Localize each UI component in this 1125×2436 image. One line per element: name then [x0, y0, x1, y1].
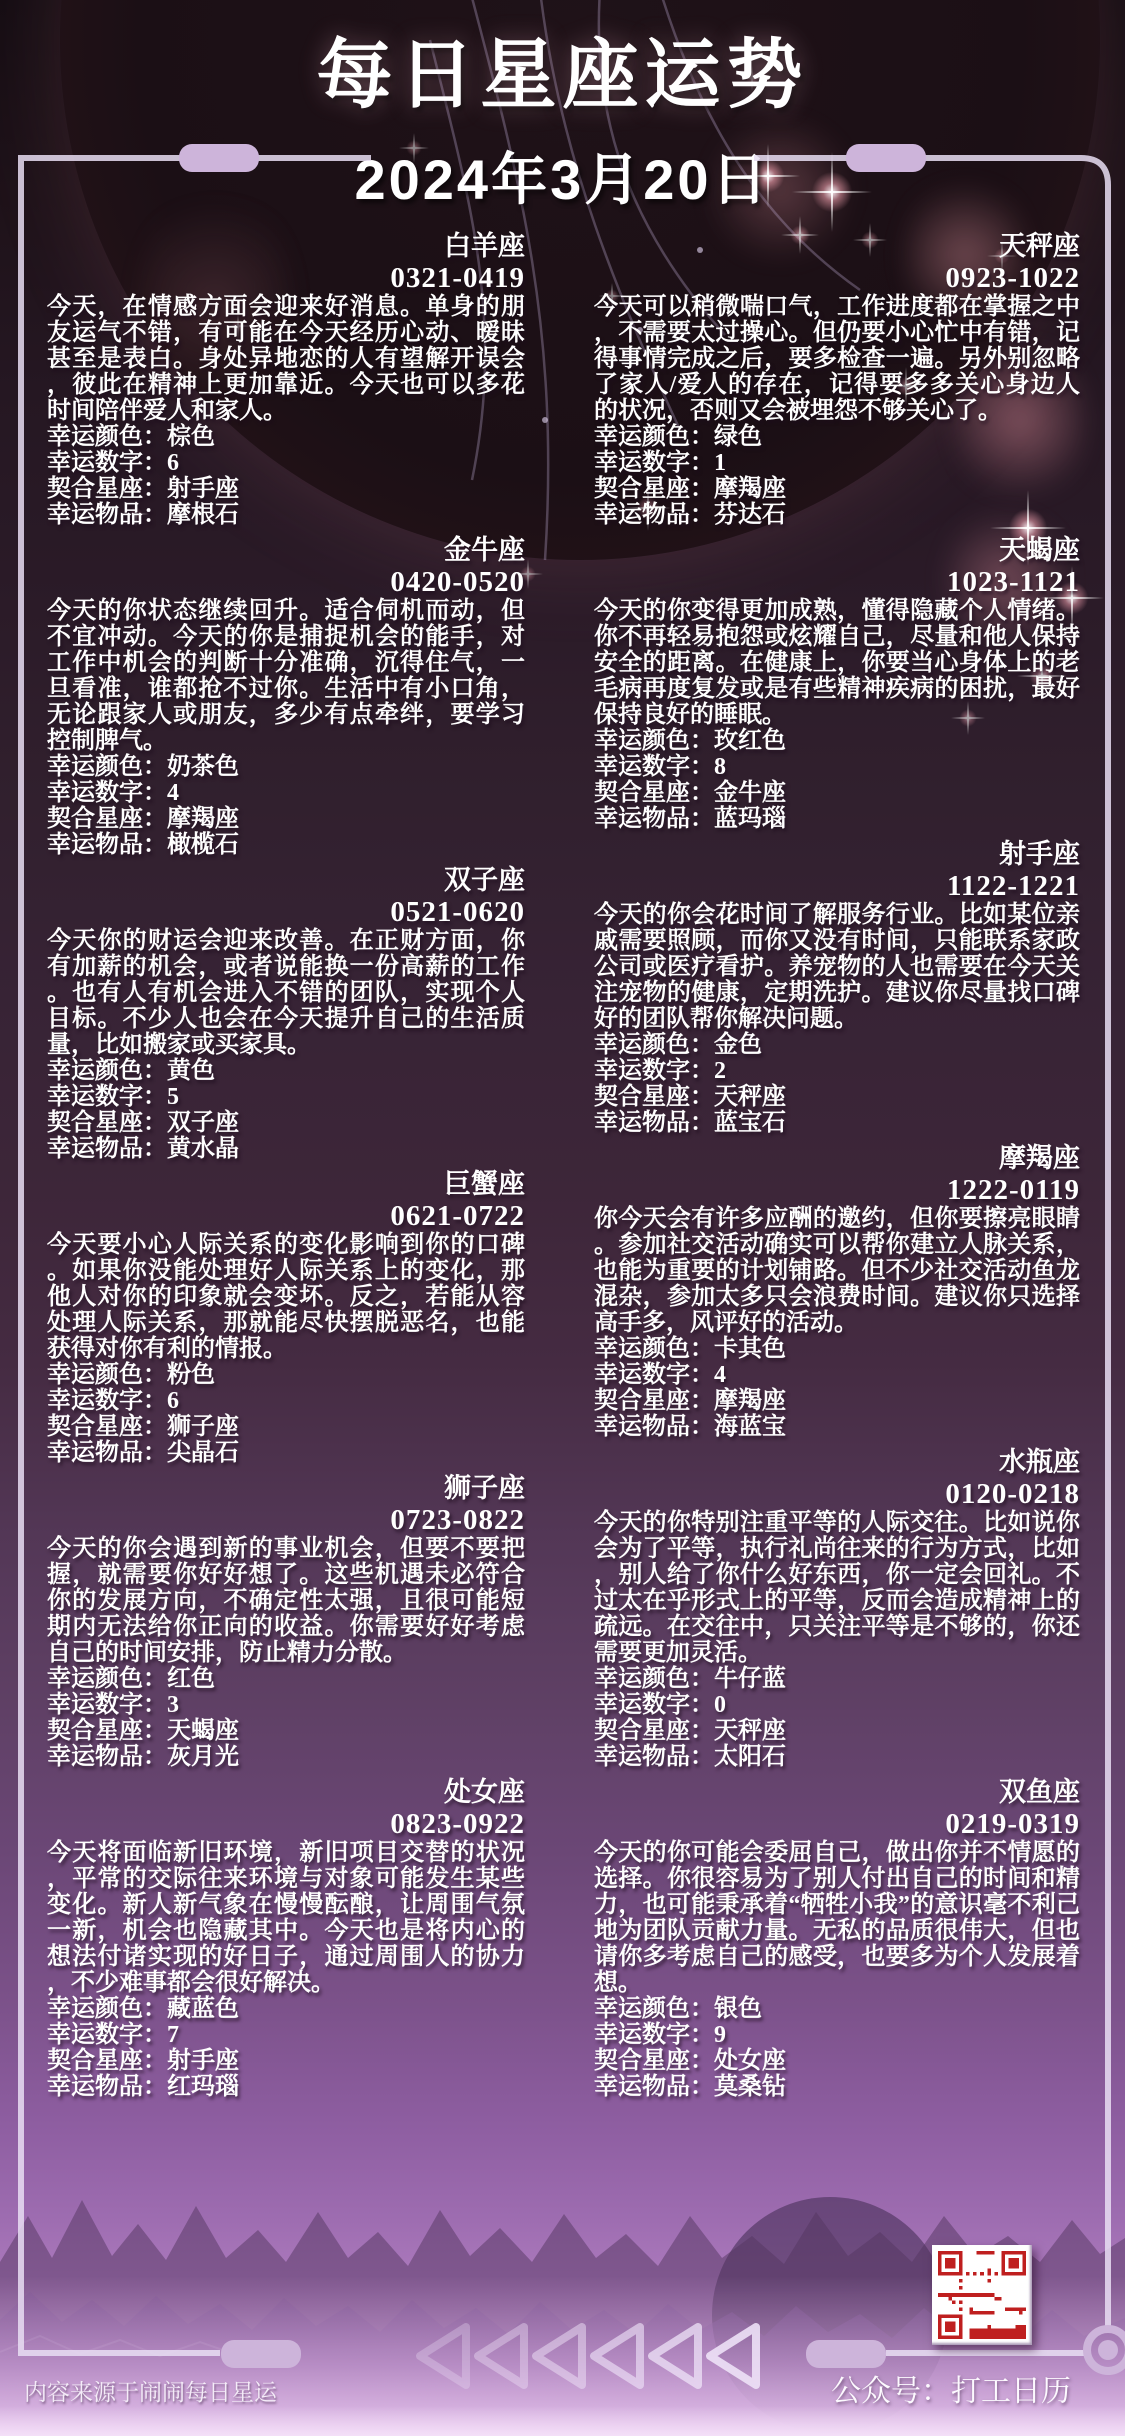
matching-sign-value: 天秤座 — [714, 1084, 786, 1110]
colon: ： — [690, 424, 714, 450]
lucky-number-label: 幸运数字 — [594, 754, 690, 780]
lucky-item-value: 尖晶石 — [167, 1440, 239, 1466]
colon: ： — [690, 450, 714, 476]
matching-sign-row: 契合星座：天秤座 — [594, 1084, 1080, 1110]
lucky-color-value: 红色 — [167, 1666, 215, 1692]
matching-sign-label: 契合星座 — [594, 1388, 690, 1414]
matching-sign-value: 金牛座 — [714, 780, 786, 806]
matching-sign-value: 摩羯座 — [714, 1388, 786, 1414]
colon: ： — [143, 1110, 167, 1136]
colon: ： — [690, 1388, 714, 1414]
lucky-number-value: 2 — [714, 1058, 726, 1084]
footer-account: 公众号：打工日历 — [831, 2366, 1071, 2410]
lucky-item-value: 蓝宝石 — [714, 1110, 786, 1136]
lucky-number-value: 9 — [714, 2022, 726, 2048]
colon: ： — [143, 780, 167, 806]
sign-name: 水瓶座 — [594, 1446, 1080, 1479]
sign-name: 双子座 — [47, 864, 525, 897]
lucky-number-value: 5 — [167, 1084, 179, 1110]
colon: ： — [143, 450, 167, 476]
lucky-item-row: 幸运物品：蓝玛瑙 — [594, 806, 1080, 832]
lucky-number-value: 4 — [167, 780, 179, 806]
lucky-color-row: 幸运颜色：牛仔蓝 — [594, 1666, 1080, 1692]
matching-sign-value: 狮子座 — [167, 1414, 239, 1440]
sign-fortune-text: 今天将面临新旧环境，新旧项目交替的状况，平常的交际往来环境与对象可能发生某些变化… — [47, 1840, 525, 1996]
lucky-number-row: 幸运数字：6 — [47, 450, 525, 476]
sign-date-range: 0321-0419 — [47, 263, 525, 293]
lucky-number-value: 6 — [167, 1388, 179, 1414]
lucky-color-row: 幸运颜色：金色 — [594, 1032, 1080, 1058]
zodiac-section: 处女座0823-0922今天将面临新旧环境，新旧项目交替的状况，平常的交际往来环… — [47, 1776, 525, 2100]
lucky-number-row: 幸运数字：4 — [47, 780, 525, 806]
colon: ： — [143, 1058, 167, 1084]
lucky-number-label: 幸运数字 — [47, 1388, 143, 1414]
lucky-item-label: 幸运物品 — [594, 2074, 690, 2100]
colon: ： — [143, 2022, 167, 2048]
lucky-number-value: 3 — [167, 1692, 179, 1718]
lucky-color-row: 幸运颜色：绿色 — [594, 424, 1080, 450]
lucky-item-value: 灰月光 — [167, 1744, 239, 1770]
qr-pattern — [938, 2251, 1026, 2339]
date-heading: 2024年3月20日 — [0, 136, 1125, 216]
lucky-color-row: 幸运颜色：银色 — [594, 1996, 1080, 2022]
colon: ： — [143, 2074, 167, 2100]
sign-fortune-text: 今天的你特别注重平等的人际交往。比如说你会为了平等，执行礼尚往来的行为方式，比如… — [594, 1510, 1080, 1666]
lucky-number-label: 幸运数字 — [47, 450, 143, 476]
lucky-number-row: 幸运数字：0 — [594, 1692, 1080, 1718]
matching-sign-value: 天蝎座 — [167, 1718, 239, 1744]
colon: ： — [690, 754, 714, 780]
lucky-number-label: 幸运数字 — [47, 1692, 143, 1718]
lucky-color-label: 幸运颜色 — [47, 754, 143, 780]
lucky-item-label: 幸运物品 — [47, 2074, 143, 2100]
sign-name: 白羊座 — [47, 230, 525, 263]
sign-fortune-text: 今天你的财运会迎来改善。在正财方面，你有加薪的机会，或者说能换一份高薪的工作。也… — [47, 928, 525, 1058]
lucky-number-row: 幸运数字：3 — [47, 1692, 525, 1718]
zodiac-section: 摩羯座1222-0119你今天会有许多应酬的邀约，但你要擦亮眼睛。参加社交活动确… — [594, 1142, 1080, 1440]
lucky-color-label: 幸运颜色 — [47, 1996, 143, 2022]
colon: ： — [143, 832, 167, 858]
lucky-color-label: 幸运颜色 — [594, 1666, 690, 1692]
lucky-number-row: 幸运数字：1 — [594, 450, 1080, 476]
lucky-color-row: 幸运颜色：红色 — [47, 1666, 525, 1692]
colon: ： — [143, 476, 167, 502]
sign-fortune-text: 今天可以稍微喘口气，工作进度都在掌握之中，不需要太过操心。但仍要小心忙中有错，记… — [594, 294, 1080, 424]
lucky-color-row: 幸运颜色：藏蓝色 — [47, 1996, 525, 2022]
lucky-item-value: 海蓝宝 — [714, 1414, 786, 1440]
lucky-item-label: 幸运物品 — [594, 806, 690, 832]
lucky-item-value: 黄水晶 — [167, 1136, 239, 1162]
lucky-color-value: 绿色 — [714, 424, 762, 450]
colon: ： — [690, 1336, 714, 1362]
matching-sign-value: 处女座 — [714, 2048, 786, 2074]
sign-date-range: 1023-1121 — [594, 567, 1080, 597]
lucky-color-value: 奶茶色 — [167, 754, 239, 780]
lucky-item-row: 幸运物品：摩根石 — [47, 502, 525, 528]
lucky-color-label: 幸运颜色 — [594, 1996, 690, 2022]
lucky-item-row: 幸运物品：海蓝宝 — [594, 1414, 1080, 1440]
lucky-color-value: 粉色 — [167, 1362, 215, 1388]
colon: ： — [690, 1692, 714, 1718]
lucky-number-row: 幸运数字：6 — [47, 1388, 525, 1414]
lucky-item-label: 幸运物品 — [594, 1744, 690, 1770]
colon: ： — [143, 1718, 167, 1744]
matching-sign-row: 契合星座：狮子座 — [47, 1414, 525, 1440]
sign-fortune-text: 今天的你变得更加成熟，懂得隐藏个人情绪。你不再轻易抱怨或炫耀自己，尽量和他人保持… — [594, 598, 1080, 728]
matching-sign-label: 契合星座 — [594, 1084, 690, 1110]
zodiac-columns: 白羊座0321-0419今天，在情感方面会迎来好消息。单身的朋友运气不错，有可能… — [47, 230, 1080, 2106]
lucky-color-row: 幸运颜色：粉色 — [47, 1362, 525, 1388]
lucky-item-row: 幸运物品：橄榄石 — [47, 832, 525, 858]
matching-sign-value: 双子座 — [167, 1110, 239, 1136]
lucky-color-label: 幸运颜色 — [594, 1032, 690, 1058]
colon: ： — [690, 1084, 714, 1110]
colon: ： — [690, 780, 714, 806]
lucky-number-row: 幸运数字：9 — [594, 2022, 1080, 2048]
lucky-item-row: 幸运物品：黄水晶 — [47, 1136, 525, 1162]
lucky-item-row: 幸运物品：灰月光 — [47, 1744, 525, 1770]
lucky-item-value: 莫桑钻 — [714, 2074, 786, 2100]
lucky-color-row: 幸运颜色：玫红色 — [594, 728, 1080, 754]
sign-date-range: 0420-0520 — [47, 567, 525, 597]
matching-sign-label: 契合星座 — [47, 476, 143, 502]
sign-name: 射手座 — [594, 838, 1080, 871]
matching-sign-row: 契合星座：摩羯座 — [47, 806, 525, 832]
colon: ： — [690, 1110, 714, 1136]
lucky-number-label: 幸运数字 — [47, 2022, 143, 2048]
sign-date-range: 0823-0922 — [47, 1809, 525, 1839]
colon: ： — [690, 806, 714, 832]
page-title: 每日星座运势 — [0, 14, 1125, 123]
lucky-item-value: 蓝玛瑙 — [714, 806, 786, 832]
matching-sign-row: 契合星座：射手座 — [47, 2048, 525, 2074]
lucky-color-label: 幸运颜色 — [594, 728, 690, 754]
lucky-color-label: 幸运颜色 — [47, 1058, 143, 1084]
matching-sign-label: 契合星座 — [47, 1414, 143, 1440]
matching-sign-row: 契合星座：金牛座 — [594, 780, 1080, 806]
colon: ： — [143, 1388, 167, 1414]
matching-sign-value: 天秤座 — [714, 1718, 786, 1744]
lucky-number-value: 0 — [714, 1692, 726, 1718]
lucky-color-row: 幸运颜色：棕色 — [47, 424, 525, 450]
colon: ： — [690, 1362, 714, 1388]
sign-fortune-text: 今天的你会遇到新的事业机会，但要不要把握，就需要你好好想了。这些机遇未必符合你的… — [47, 1536, 525, 1666]
lucky-number-row: 幸运数字：7 — [47, 2022, 525, 2048]
lucky-number-label: 幸运数字 — [47, 780, 143, 806]
colon: ： — [690, 1032, 714, 1058]
colon: ： — [143, 1692, 167, 1718]
lucky-item-label: 幸运物品 — [594, 502, 690, 528]
lucky-item-row: 幸运物品：芬达石 — [594, 502, 1080, 528]
sign-name: 处女座 — [47, 1776, 525, 1809]
lucky-color-value: 玫红色 — [714, 728, 786, 754]
zodiac-section: 巨蟹座0621-0722今天要小心人际关系的变化影响到你的口碑。如果你没能处理好… — [47, 1168, 525, 1466]
matching-sign-label: 契合星座 — [594, 780, 690, 806]
sign-date-range: 0723-0822 — [47, 1505, 525, 1535]
colon: ： — [690, 728, 714, 754]
lucky-color-label: 幸运颜色 — [594, 424, 690, 450]
lucky-item-label: 幸运物品 — [594, 1414, 690, 1440]
colon: ： — [143, 1666, 167, 1692]
sign-name: 巨蟹座 — [47, 1168, 525, 1201]
lucky-number-row: 幸运数字：2 — [594, 1058, 1080, 1084]
lucky-item-value: 橄榄石 — [167, 832, 239, 858]
colon: ： — [690, 2022, 714, 2048]
colon: ： — [690, 1414, 714, 1440]
lucky-color-value: 金色 — [714, 1032, 762, 1058]
sign-name: 天蝎座 — [594, 534, 1080, 567]
sign-name: 双鱼座 — [594, 1776, 1080, 1809]
lucky-item-label: 幸运物品 — [47, 832, 143, 858]
matching-sign-row: 契合星座：摩羯座 — [594, 476, 1080, 502]
matching-sign-value: 射手座 — [167, 2048, 239, 2074]
zodiac-section: 金牛座0420-0520今天的你状态继续回升。适合伺机而动，但不宜冲动。今天的你… — [47, 534, 525, 858]
sign-fortune-text: 今天要小心人际关系的变化影响到你的口碑。如果你没能处理好人际关系上的变化，那他人… — [47, 1232, 525, 1362]
lucky-number-label: 幸运数字 — [47, 1084, 143, 1110]
matching-sign-row: 契合星座：处女座 — [594, 2048, 1080, 2074]
sign-fortune-text: 今天的你状态继续回升。适合伺机而动，但不宜冲动。今天的你是捕捉机会的能手，对工作… — [47, 598, 525, 754]
zodiac-section: 水瓶座0120-0218今天的你特别注重平等的人际交往。比如说你会为了平等，执行… — [594, 1446, 1080, 1770]
zodiac-section: 天蝎座1023-1121今天的你变得更加成熟，懂得隐藏个人情绪。你不再轻易抱怨或… — [594, 534, 1080, 832]
lucky-color-label: 幸运颜色 — [594, 1336, 690, 1362]
matching-sign-label: 契合星座 — [594, 2048, 690, 2074]
lucky-item-value: 太阳石 — [714, 1744, 786, 1770]
sign-date-range: 1122-1221 — [594, 871, 1080, 901]
matching-sign-value: 射手座 — [167, 476, 239, 502]
lucky-item-value: 红玛瑙 — [167, 2074, 239, 2100]
colon: ： — [690, 2074, 714, 2100]
lucky-number-value: 4 — [714, 1362, 726, 1388]
lucky-color-row: 幸运颜色：奶茶色 — [47, 754, 525, 780]
matching-sign-label: 契合星座 — [47, 806, 143, 832]
lucky-color-value: 牛仔蓝 — [714, 1666, 786, 1692]
lucky-color-value: 黄色 — [167, 1058, 215, 1084]
colon: ： — [143, 754, 167, 780]
colon: ： — [690, 476, 714, 502]
colon: ： — [690, 1996, 714, 2022]
lucky-color-label: 幸运颜色 — [47, 1362, 143, 1388]
colon: ： — [690, 1744, 714, 1770]
lucky-number-row: 幸运数字：5 — [47, 1084, 525, 1110]
matching-sign-label: 契合星座 — [594, 476, 690, 502]
colon: ： — [143, 1084, 167, 1110]
lucky-item-label: 幸运物品 — [47, 502, 143, 528]
matching-sign-row: 契合星座：摩羯座 — [594, 1388, 1080, 1414]
left-column: 白羊座0321-0419今天，在情感方面会迎来好消息。单身的朋友运气不错，有可能… — [47, 230, 525, 2106]
lucky-number-value: 6 — [167, 450, 179, 476]
lucky-item-value: 摩根石 — [167, 502, 239, 528]
lucky-item-label: 幸运物品 — [47, 1744, 143, 1770]
colon: ： — [690, 2048, 714, 2074]
matching-sign-value: 摩羯座 — [714, 476, 786, 502]
lucky-number-row: 幸运数字：4 — [594, 1362, 1080, 1388]
colon: ： — [690, 1058, 714, 1084]
sign-name: 摩羯座 — [594, 1142, 1080, 1175]
bottom-strip — [0, 2406, 1125, 2436]
lucky-number-label: 幸运数字 — [594, 1692, 690, 1718]
lucky-item-row: 幸运物品：尖晶石 — [47, 1440, 525, 1466]
matching-sign-label: 契合星座 — [47, 1718, 143, 1744]
matching-sign-row: 契合星座：天蝎座 — [47, 1718, 525, 1744]
lucky-item-label: 幸运物品 — [594, 1110, 690, 1136]
sign-name: 天秤座 — [594, 230, 1080, 263]
colon: ： — [690, 502, 714, 528]
lucky-color-label: 幸运颜色 — [47, 1666, 143, 1692]
colon: ： — [143, 1362, 167, 1388]
matching-sign-row: 契合星座：天秤座 — [594, 1718, 1080, 1744]
sign-date-range: 0923-1022 — [594, 263, 1080, 293]
horoscope-poster: 每日星座运势 2024年3月20日 白羊座0321-0419今天，在情感方面会迎… — [0, 0, 1125, 2436]
colon: ： — [143, 1996, 167, 2022]
lucky-number-value: 1 — [714, 450, 726, 476]
sign-date-range: 1222-0119 — [594, 1175, 1080, 1205]
lucky-color-value: 棕色 — [167, 424, 215, 450]
matching-sign-label: 契合星座 — [47, 1110, 143, 1136]
sign-date-range: 0219-0319 — [594, 1809, 1080, 1839]
lucky-item-label: 幸运物品 — [47, 1440, 143, 1466]
matching-sign-row: 契合星座：射手座 — [47, 476, 525, 502]
lucky-number-label: 幸运数字 — [594, 1058, 690, 1084]
sign-date-range: 0521-0620 — [47, 897, 525, 927]
lucky-item-row: 幸运物品：太阳石 — [594, 1744, 1080, 1770]
lucky-item-row: 幸运物品：红玛瑙 — [47, 2074, 525, 2100]
sign-date-range: 0120-0218 — [594, 1479, 1080, 1509]
lucky-number-label: 幸运数字 — [594, 2022, 690, 2048]
zodiac-section: 白羊座0321-0419今天，在情感方面会迎来好消息。单身的朋友运气不错，有可能… — [47, 230, 525, 528]
zodiac-section: 射手座1122-1221今天的你会花时间了解服务行业。比如某位亲戚需要照顾，而你… — [594, 838, 1080, 1136]
lucky-number-value: 7 — [167, 2022, 179, 2048]
lucky-color-value: 藏蓝色 — [167, 1996, 239, 2022]
colon: ： — [143, 424, 167, 450]
sign-name: 金牛座 — [47, 534, 525, 567]
zodiac-section: 双鱼座0219-0319今天的你可能会委屈自己，做出你并不情愿的选择。你很容易为… — [594, 1776, 1080, 2100]
colon: ： — [143, 2048, 167, 2074]
qr-code — [932, 2245, 1032, 2345]
sign-fortune-text: 今天的你会花时间了解服务行业。比如某位亲戚需要照顾，而你又没有时间，只能联系家政… — [594, 902, 1080, 1032]
lucky-number-label: 幸运数字 — [594, 1362, 690, 1388]
lucky-color-label: 幸运颜色 — [47, 424, 143, 450]
lucky-item-row: 幸运物品：莫桑钻 — [594, 2074, 1080, 2100]
sign-fortune-text: 今天，在情感方面会迎来好消息。单身的朋友运气不错，有可能在今天经历心动、暧昧甚至… — [47, 294, 525, 424]
lucky-color-row: 幸运颜色：卡其色 — [594, 1336, 1080, 1362]
colon: ： — [690, 1718, 714, 1744]
lucky-item-row: 幸运物品：蓝宝石 — [594, 1110, 1080, 1136]
colon: ： — [143, 502, 167, 528]
lucky-color-value: 银色 — [714, 1996, 762, 2022]
lucky-number-label: 幸运数字 — [594, 450, 690, 476]
footer-source: 内容来源于闹闹每日星运 — [24, 2374, 277, 2407]
zodiac-section: 双子座0521-0620今天你的财运会迎来改善。在正财方面，你有加薪的机会，或者… — [47, 864, 525, 1162]
colon: ： — [143, 1136, 167, 1162]
colon: ： — [690, 1666, 714, 1692]
lucky-color-row: 幸运颜色：黄色 — [47, 1058, 525, 1084]
sign-fortune-text: 今天的你可能会委屈自己，做出你并不情愿的选择。你很容易为了别人付出自己的时间和精… — [594, 1840, 1080, 1996]
matching-sign-value: 摩羯座 — [167, 806, 239, 832]
colon: ： — [143, 1440, 167, 1466]
right-column: 天秤座0923-1022今天可以稍微喘口气，工作进度都在掌握之中，不需要太过操心… — [594, 230, 1080, 2106]
matching-sign-label: 契合星座 — [594, 1718, 690, 1744]
colon: ： — [143, 1414, 167, 1440]
zodiac-section: 天秤座0923-1022今天可以稍微喘口气，工作进度都在掌握之中，不需要太过操心… — [594, 230, 1080, 528]
sign-name: 狮子座 — [47, 1472, 525, 1505]
lucky-item-value: 芬达石 — [714, 502, 786, 528]
colon: ： — [143, 806, 167, 832]
sign-fortune-text: 你今天会有许多应酬的邀约，但你要擦亮眼睛。参加社交活动确实可以帮你建立人脉关系，… — [594, 1206, 1080, 1336]
lucky-number-row: 幸运数字：8 — [594, 754, 1080, 780]
zodiac-section: 狮子座0723-0822今天的你会遇到新的事业机会，但要不要把握，就需要你好好想… — [47, 1472, 525, 1770]
lucky-number-value: 8 — [714, 754, 726, 780]
colon: ： — [143, 1744, 167, 1770]
sign-date-range: 0621-0722 — [47, 1201, 525, 1231]
matching-sign-row: 契合星座：双子座 — [47, 1110, 525, 1136]
lucky-item-label: 幸运物品 — [47, 1136, 143, 1162]
matching-sign-label: 契合星座 — [47, 2048, 143, 2074]
lucky-color-value: 卡其色 — [714, 1336, 786, 1362]
